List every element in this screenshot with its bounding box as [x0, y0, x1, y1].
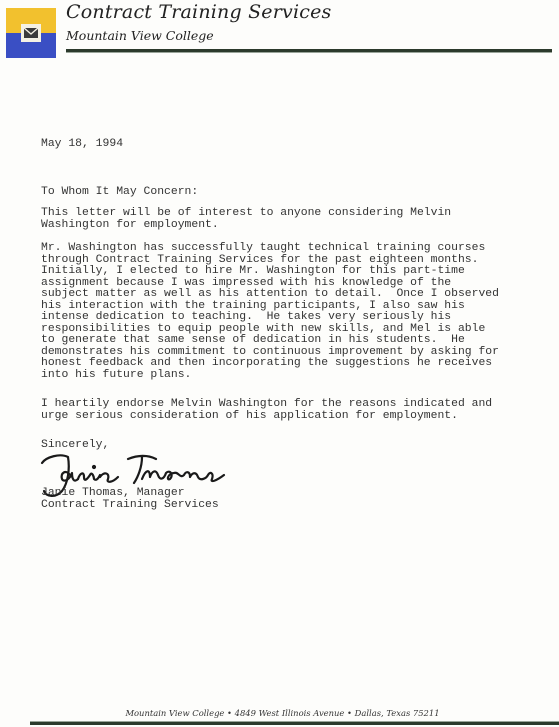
- college-logo: [6, 8, 56, 58]
- signer-organization: Contract Training Services: [41, 500, 219, 512]
- organization-name: Contract Training Services: [66, 1, 331, 23]
- salutation: To Whom It May Concern:: [41, 187, 198, 199]
- paragraph-intro: This letter will be of interest to anyon…: [41, 208, 451, 231]
- closing: Sincerely,: [41, 440, 109, 452]
- signer-name-title: Janie Thomas, Manager: [41, 488, 185, 500]
- footer-address: Mountain View College • 4849 West Illino…: [0, 708, 559, 718]
- institution-name: Mountain View College: [66, 28, 214, 43]
- paragraph-main: Mr. Washington has successfully taught t…: [41, 243, 499, 381]
- footer-divider: [30, 721, 559, 725]
- header-divider: [66, 49, 552, 53]
- envelope-icon: [21, 24, 41, 42]
- letter-date: May 18, 1994: [41, 139, 123, 151]
- paragraph-endorsement: I heartily endorse Melvin Washington for…: [41, 399, 492, 422]
